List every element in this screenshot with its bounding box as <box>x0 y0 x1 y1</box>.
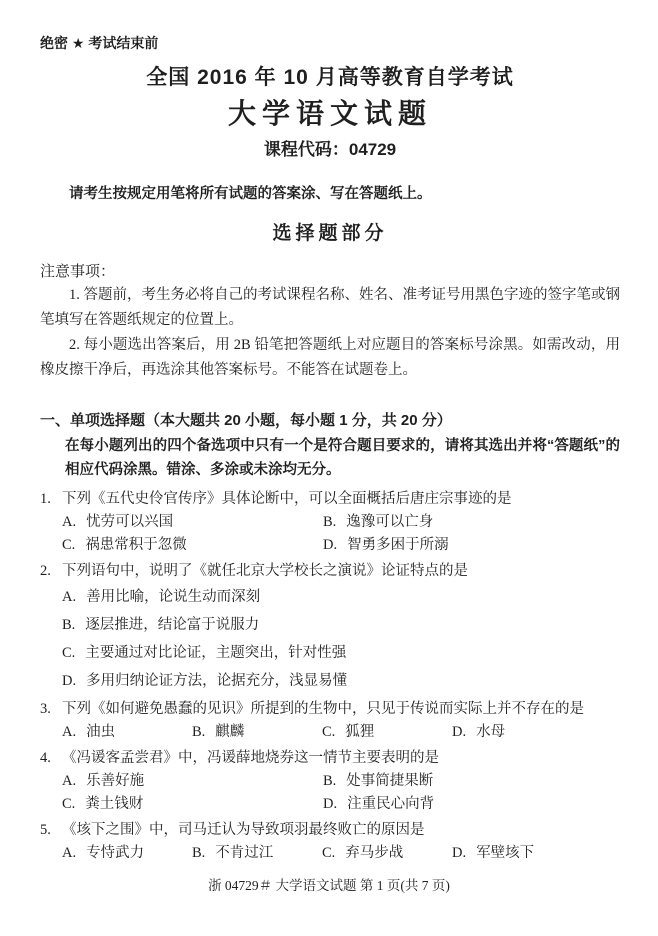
option-a: A.乐善好施 <box>62 770 323 793</box>
option-b: B.麒麟 <box>192 721 322 744</box>
question-number: 3. <box>40 698 62 721</box>
question-text: 《垓下之围》中，司马迁认为导致项羽最终败亡的原因是 <box>62 819 620 842</box>
option-c: C.祸患常积于忽微 <box>62 534 323 557</box>
option-c: C.主要通过对比论证，主题突出，针对性强 <box>62 639 620 667</box>
notice-item-1: 1. 答题前，考生务必将自己的考试课程名称、姓名、准考证号用黑色字迹的签字笔或钢… <box>40 283 620 333</box>
question-text: 下列《五代史伶官传序》具体论断中，可以全面概括后唐庄宗事迹的是 <box>62 488 620 511</box>
option-d: D.智勇多困于所溺 <box>323 534 620 557</box>
question-5-options: A.专恃武力 B.不肯过江 C.弃马步战 D.军壁垓下 <box>62 842 620 865</box>
exam-title: 全国 2016 年 10 月高等教育自学考试 <box>40 64 620 92</box>
exam-paper-page: 绝密 ★ 考试结束前 全国 2016 年 10 月高等教育自学考试 大学语文试题… <box>0 0 658 936</box>
question-number: 2. <box>40 560 62 583</box>
option-c: C.粪土钱财 <box>62 793 323 816</box>
question-number: 5. <box>40 819 62 842</box>
question-4-options: A.乐善好施 B.处事简捷果断 C.粪土钱财 D.注重民心向背 <box>62 770 620 816</box>
question-2: 2. 下列语句中，说明了《就任北京大学校长之演说》论证特点的是 A.善用比喻，论… <box>40 560 620 695</box>
question-5: 5. 《垓下之围》中，司马迁认为导致项羽最终败亡的原因是 A.专恃武力 B.不肯… <box>40 819 620 865</box>
option-c: C.狐狸 <box>322 721 452 744</box>
notice-item-2: 2. 每小题选出答案后，用 2B 铅笔把答题纸上对应题目的答案标号涂黑。如需改动… <box>40 333 620 383</box>
question-3: 3. 下列《如何避免愚蠢的见识》所提到的生物中，只见于传说而实际上并不存在的是 … <box>40 698 620 744</box>
question-1: 1. 下列《五代史伶官传序》具体论断中，可以全面概括后唐庄宗事迹的是 A.忧劳可… <box>40 488 620 557</box>
question-1-options: A.忧劳可以兴国 B.逸豫可以亡身 C.祸患常积于忽微 D.智勇多困于所溺 <box>62 511 620 557</box>
option-d: D.多用归纳论证方法，论据充分，浅显易懂 <box>62 667 620 695</box>
question-4: 4. 《冯谖客孟尝君》中，冯谖薛地烧券这一情节主要表明的是 A.乐善好施 B.处… <box>40 747 620 816</box>
option-b: B.逸豫可以亡身 <box>323 511 620 534</box>
option-a: A.专恃武力 <box>62 842 192 865</box>
option-d: D.注重民心向背 <box>323 793 620 816</box>
option-a: A.油虫 <box>62 721 192 744</box>
option-c: C.弃马步战 <box>322 842 452 865</box>
option-a: A.善用比喻，论说生动而深刻 <box>62 583 620 611</box>
part1-heading: 一、单项选择题（本大题共 20 小题，每小题 1 分，共 20 分） <box>40 409 620 433</box>
option-d: D.军壁垓下 <box>452 842 620 865</box>
option-b: B.不肯过江 <box>192 842 322 865</box>
classification-banner: 绝密 ★ 考试结束前 <box>40 34 620 52</box>
paper-title: 大学语文试题 <box>40 96 620 132</box>
question-2-options: A.善用比喻，论说生动而深刻 B.逐层推进，结论富于说服力 C.主要通过对比论证… <box>62 583 620 695</box>
option-d: D.水母 <box>452 721 620 744</box>
question-text: 《冯谖客孟尝君》中，冯谖薛地烧券这一情节主要表明的是 <box>62 747 620 770</box>
option-b: B.逐层推进，结论富于说服力 <box>62 611 620 639</box>
option-b: B.处事简捷果断 <box>323 770 620 793</box>
page-footer: 浙 04729＃ 大学语文试题 第 1 页(共 7 页) <box>0 878 658 894</box>
question-number: 4. <box>40 747 62 770</box>
question-number: 1. <box>40 488 62 511</box>
part1-instruction: 在每小题列出的四个备选项中只有一个是符合题目要求的，请将其选出并将“答题纸”的相… <box>65 434 620 482</box>
question-3-options: A.油虫 B.麒麟 C.狐狸 D.水母 <box>62 721 620 744</box>
question-text: 下列语句中，说明了《就任北京大学校长之演说》论证特点的是 <box>62 560 620 583</box>
answer-sheet-instruction: 请考生按规定用笔将所有试题的答案涂、写在答题纸上。 <box>40 183 620 205</box>
option-a: A.忧劳可以兴国 <box>62 511 323 534</box>
section-title-choice-part: 选择题部分 <box>40 221 620 247</box>
notices-heading: 注意事项： <box>40 261 620 283</box>
question-text: 下列《如何避免愚蠢的见识》所提到的生物中，只见于传说而实际上并不存在的是 <box>62 698 620 721</box>
course-code: 课程代码：04729 <box>40 138 620 161</box>
